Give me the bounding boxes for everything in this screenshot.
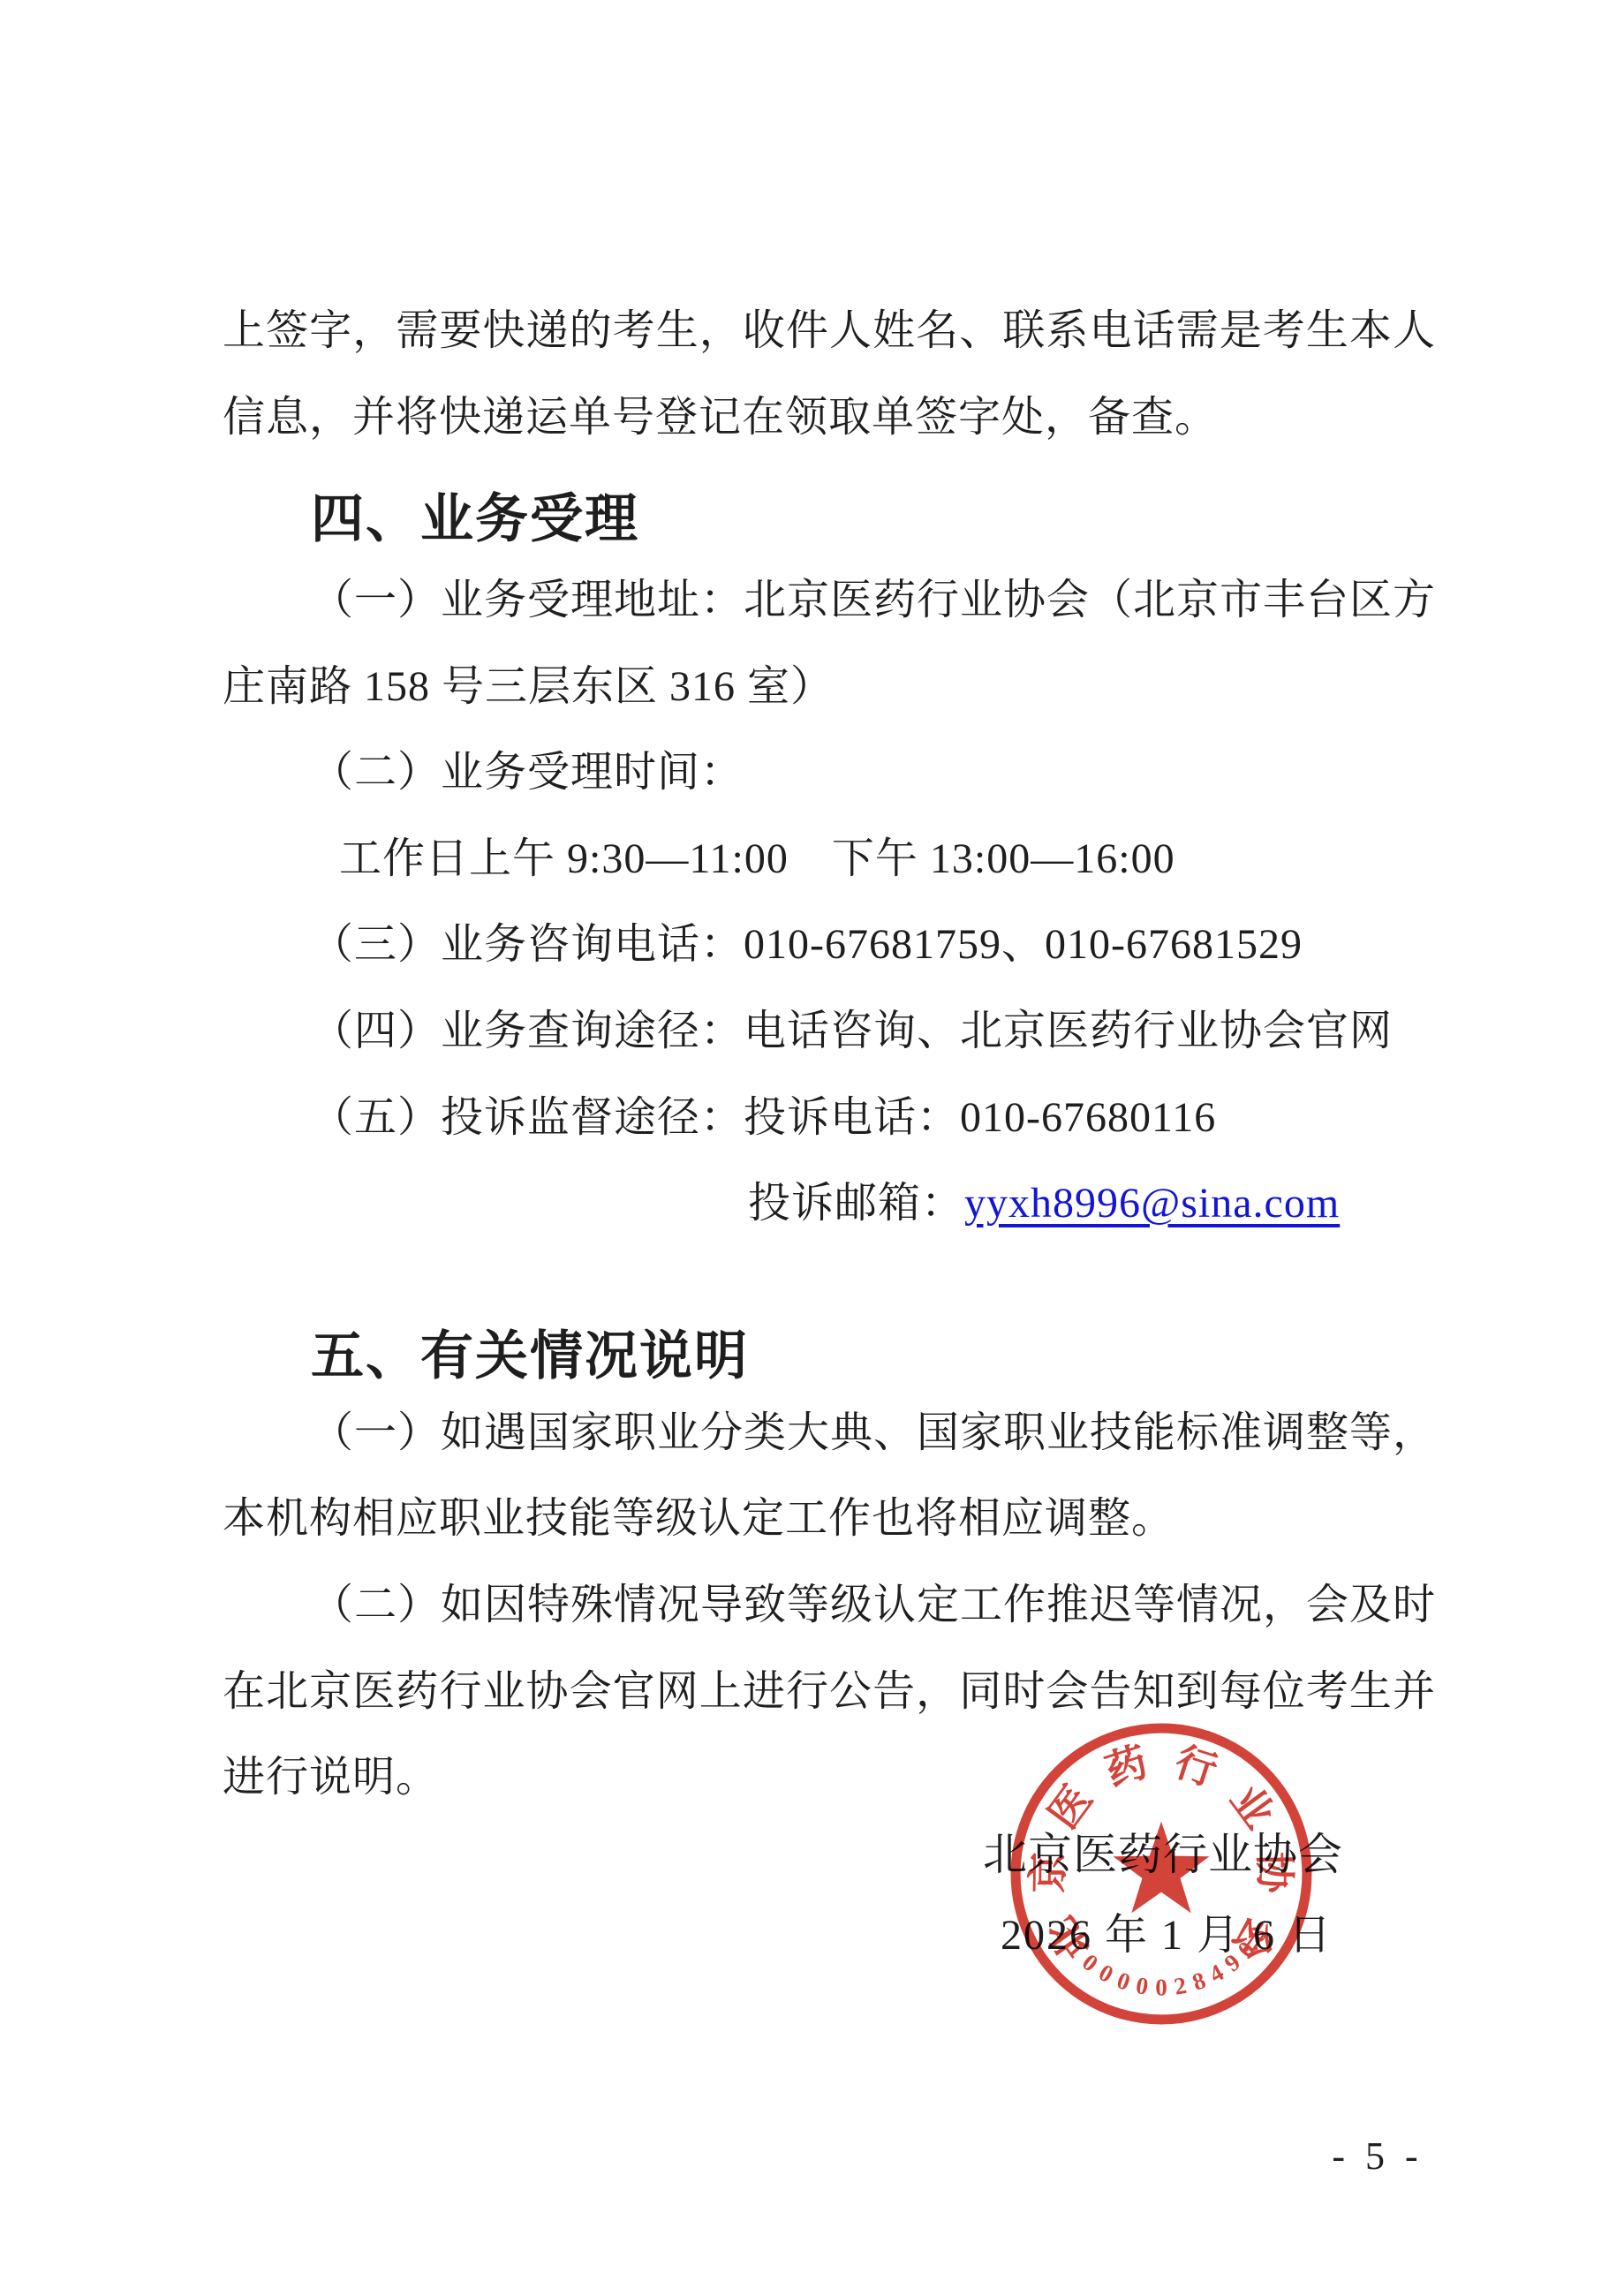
official-stamp-icon: 北京医药行业协会 1100000284908: [1007, 1719, 1318, 2030]
svg-text:2: 2: [1172, 1972, 1188, 2000]
paragraph-line: （二）如因特殊情况导致等级认定工作推迟等情况，会及时: [223, 1579, 1436, 1632]
paragraph-line: （四）业务查询途径：电话咨询、北京医药行业协会官网: [223, 1005, 1436, 1058]
svg-text:行: 行: [1169, 1739, 1222, 1795]
document-page: 上签字，需要快递的考生，收件人姓名、联系电话需是考生本人 信息，并将快递运单号登…: [0, 0, 1624, 2296]
paragraph-line: 在北京医药行业协会官网上进行公告，同时会告知到每位考生并: [223, 1665, 1436, 1718]
svg-text:京: 京: [1025, 1852, 1072, 1893]
svg-text:0: 0: [1155, 1975, 1167, 2001]
stamp-star-icon: [1113, 1822, 1209, 1914]
complaint-email-line: 投诉邮箱：yyxh8996@sina.com: [223, 1177, 1436, 1230]
page-number: - 5 -: [1307, 2134, 1448, 2179]
svg-text:0: 0: [1094, 1959, 1117, 1988]
paragraph-line: 上签字，需要快递的考生，收件人姓名、联系电话需是考生本人: [223, 305, 1436, 358]
email-label: 投诉邮箱：: [748, 1180, 964, 1227]
paragraph-line: 本机构相应职业技能等级认定工作也将相应调整。: [223, 1492, 1436, 1545]
svg-text:0: 0: [1114, 1967, 1134, 1996]
paragraph-line: 庄南路 158 号三层东区 316 室）: [223, 661, 1436, 714]
email-link[interactable]: yyxh8996@sina.com: [964, 1180, 1340, 1227]
svg-text:0: 0: [1134, 1972, 1150, 2000]
phone-line: （三）业务咨询电话：010-67681759、010-67681529: [223, 918, 1436, 971]
svg-text:药: 药: [1100, 1739, 1153, 1795]
paragraph-line: 信息，并将快递运单号登记在领取单签字处，备查。: [223, 391, 1436, 444]
svg-text:协: 协: [1250, 1852, 1297, 1895]
svg-text:8: 8: [1189, 1967, 1209, 1996]
section-heading-5: 五、有关情况说明: [223, 1323, 1436, 1389]
office-hours-line: 工作日上午 9:30—11:00 下午 13:00—16:00: [223, 833, 1436, 886]
paragraph-line: （二）业务受理时间：: [223, 746, 1436, 799]
paragraph-line: （一）如遇国家职业分类大典、国家职业技能标准调整等，: [223, 1407, 1436, 1460]
complaint-phone-line: （五）投诉监督途径：投诉电话：010-67680116: [223, 1091, 1436, 1144]
paragraph-line: （一）业务受理地址：北京医药行业协会（北京市丰台区方: [223, 574, 1436, 627]
section-heading-4: 四、业务受理: [223, 486, 1436, 552]
